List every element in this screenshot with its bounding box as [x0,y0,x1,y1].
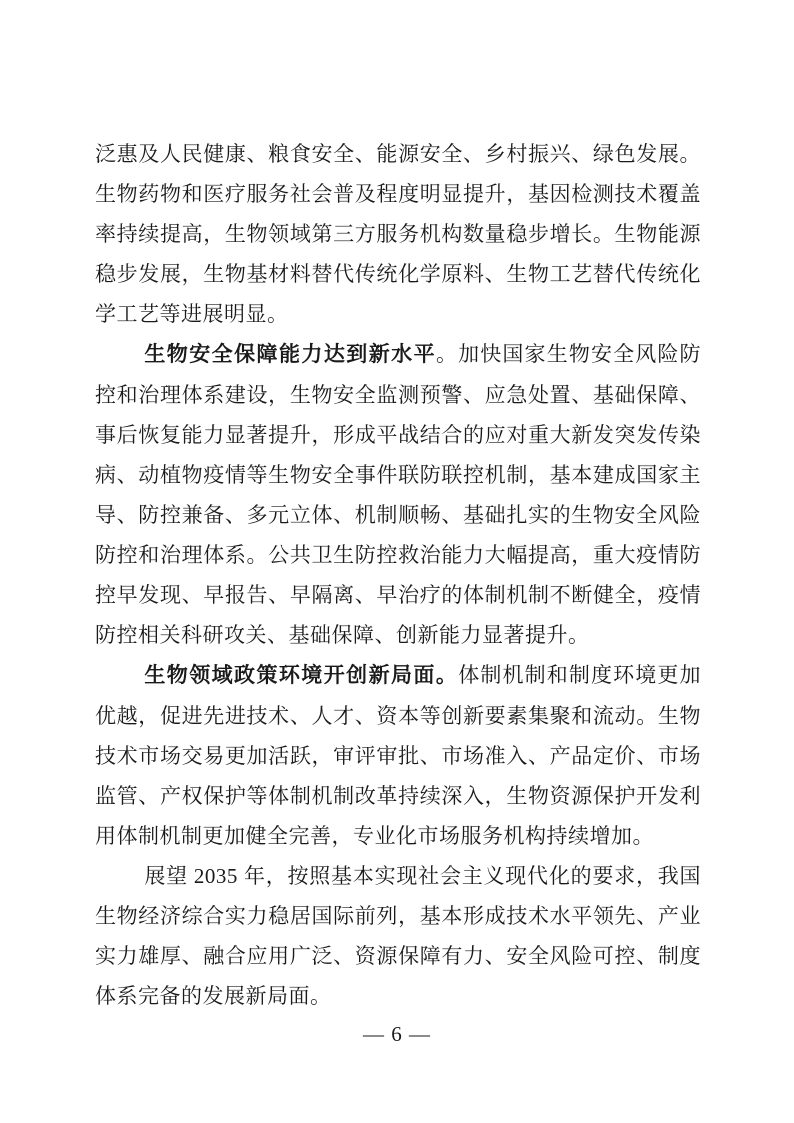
paragraph-text: 展望 2035 年，按照基本实现社会主义现代化的要求，我国生物经济综合实力稳居国… [95,864,701,1008]
paragraph-lead: 生物安全保障能力达到新水平 [144,343,436,366]
document-page: 泛惠及人民健康、粮食安全、能源安全、乡村振兴、绿色发展。生物药物和医疗服务社会普… [0,0,794,1123]
paragraph: 生物安全保障能力达到新水平。加快国家生物安全风险防控和治理体系建设，生物安全监测… [95,334,701,655]
paragraph: 生物领域政策环境开创新局面。体制机制和制度环境更加优越，促进先进技术、人才、资本… [95,655,701,856]
document-body: 泛惠及人民健康、粮食安全、能源安全、乡村振兴、绿色发展。生物药物和医疗服务社会普… [95,134,701,1016]
paragraph-text: 泛惠及人民健康、粮食安全、能源安全、乡村振兴、绿色发展。生物药物和医疗服务社会普… [95,142,701,326]
paragraph-text: 体制机制和制度环境更加优越，促进先进技术、人才、资本等创新要素集聚和流动。生物技… [95,663,701,848]
page-number: — 6 — [0,1022,794,1047]
paragraph: 泛惠及人民健康、粮食安全、能源安全、乡村振兴、绿色发展。生物药物和医疗服务社会普… [95,134,701,334]
paragraph: 展望 2035 年，按照基本实现社会主义现代化的要求，我国生物经济综合实力稳居国… [95,856,701,1016]
paragraph-text: 。加快国家生物安全风险防控和治理体系建设，生物安全监测预警、应急处置、基础保障、… [95,342,701,647]
paragraph-lead: 生物领域政策环境开创新局面。 [144,664,458,687]
